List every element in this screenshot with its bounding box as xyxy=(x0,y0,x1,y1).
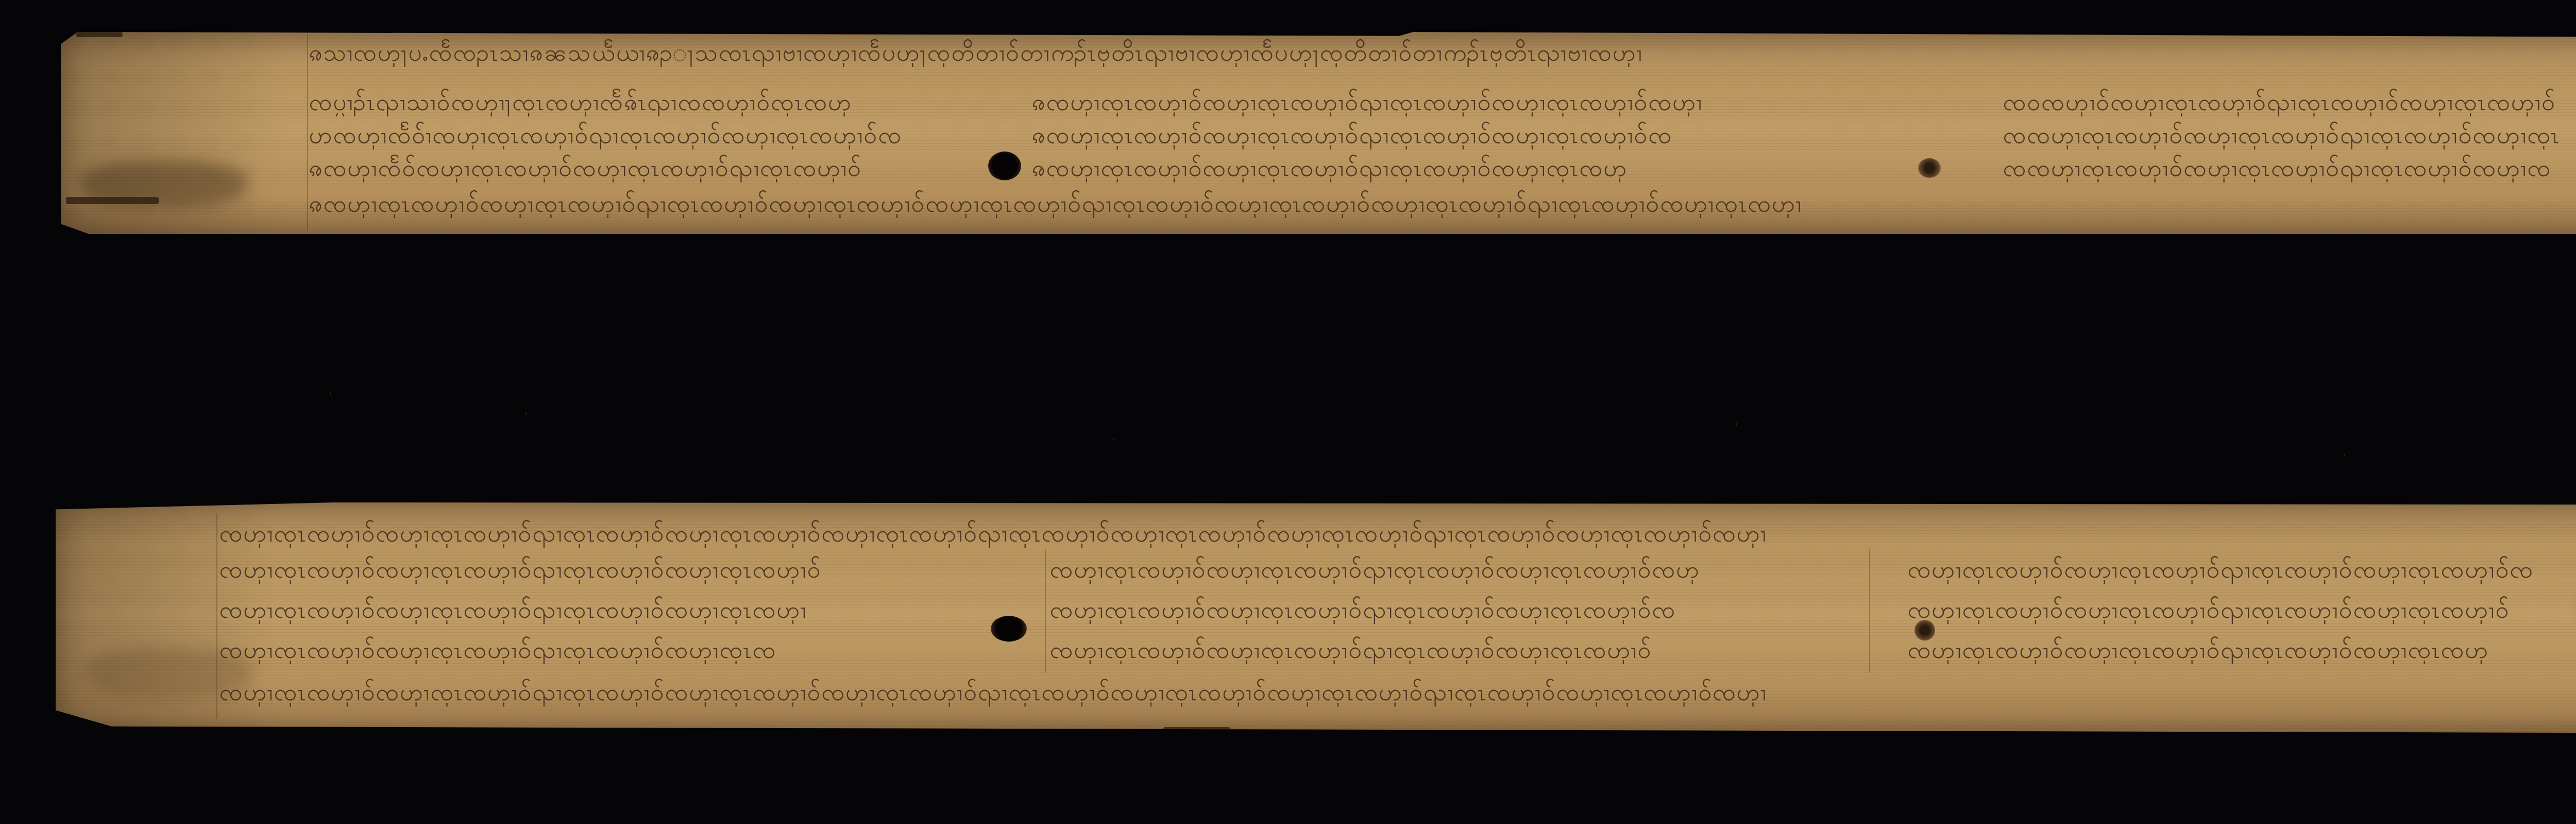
background-fiber xyxy=(1736,423,1737,426)
background-fiber xyxy=(330,392,331,395)
text-line-top: ၷသၢၸၯႃပႉၸႅၸၣၤသၢၷၼသယႅယၢၷၣႃသၸၤၺၢဗၢၸၯၢၸႅပၯႃ… xyxy=(309,38,2576,67)
text-line: ၸၯၢၸုၤၸၯၢဝ်ၸၯၢၸုၤၸၯၢဝ်ၺၢၸုၤၸၯၢဝ်ၸၯၢၸုၤၸၯ… xyxy=(1050,595,1864,624)
text-line: ၸၸၯၢၸုၤၸၯၢဝ်ၸၯၢၸုၤၸၯၢဝ်ၺၢၸုၤၸၯၢဝ်ၸၯၢၸ xyxy=(2003,154,2576,182)
margin-ruling xyxy=(307,35,308,230)
string-hole-left xyxy=(991,616,1027,642)
text-line: ၸၯၢၸုၤၸၯၢဝ်ၸၯၢၸုၤၸၯၢဝ်ၺၢၸုၤၸၯၢဝ်ၸၯၢၸုၤၸ xyxy=(219,635,967,664)
text-line: ဟၸၯၢၸႅဝ်ၢၸၯၢၸုၤၸၯၢဝ်ၺၢၸုၤၸၯၢဝ်ၸၯၢၸုၤၸၯၢဝ… xyxy=(309,121,984,149)
column-ruling xyxy=(1045,549,1046,672)
text-line: ၸၯၢၸုၤၸၯၢဝ်ၸၯၢၸုၤၸၯၢဝ်ၺၢၸုၤၸၯၢဝ်ၸၯၢၸုၤၸၯ… xyxy=(1908,555,2576,584)
background-fiber xyxy=(526,412,527,415)
text-line: ၸၸၯၢၸုၤၸၯၢဝ်ၸၯၢၸုၤၸၯၢဝ်ၺၢၸုၤၸၯၢဝ်ၸၯၢၸုၤ xyxy=(2003,121,2576,149)
background-fiber xyxy=(2344,453,2345,457)
text-line: ၸၯၢၸုၤၸၯၢဝ်ၸၯၢၸုၤၸၯၢဝ်ၺၢၸုၤၸၯၢဝ်ၸၯၢၸုၤၸၯ… xyxy=(1908,595,2576,624)
damaged-edge xyxy=(1163,727,1230,733)
string-hole-left xyxy=(988,152,1021,180)
text-line: ၸၯၢၸုၤၸၯၢဝ်ၸၯၢၸုၤၸၯၢဝ်ၺၢၸုၤၸၯၢဝ်ၸၯၢၸုၤၸၯ… xyxy=(1050,635,1864,664)
text-line-bottom: ၸၯၢၸုၤၸၯၢဝ်ၸၯၢၸုၤၸၯၢဝ်ၺၢၸုၤၸၯၢဝ်ၸၯၢၸုၤၸၯ… xyxy=(219,678,2576,707)
folio-number: ငငုံ xyxy=(61,103,63,129)
text-line: ၷၸၯၢၸုၤၸၯၢဝ်ၸၯၢၸုၤၸၯၢဝ်ၺၢၸုၤၸၯၢဝ်ၸၯၢၸုၤၸ… xyxy=(1032,154,1908,182)
text-line: ၸဝၸၯၢဝ်ၸၯၢၸုၤၸၯၢဝ်ၺၢၸုၤၸၯၢဝ်ၸၯၢၸုၤၸၯၢဝ် xyxy=(2003,88,2576,116)
text-line: ၷၸၯၢၸုၤၸၯၢဝ်ၸၯၢၸုၤၸၯၢဝ်ၺၢၸုၤၸၯၢဝ်ၸၯၢၸုၤၸ… xyxy=(1032,121,1908,149)
damaged-edge xyxy=(76,32,123,37)
text-line: ၷၸၯၢၸုၤၸၯၢဝ်ၸၯၢၸုၤၸၯၢဝ်ၺၢၸုၤၸၯၢဝ်ၸၯၢၸုၤၸ… xyxy=(1032,88,1908,116)
text-line-top: ၸၯၢၸုၤၸၯၢဝ်ၸၯၢၸုၤၸၯၢဝ်ၺၢၸုၤၸၯၢဝ်ၸၯၢၸုၤၸၯ… xyxy=(219,519,2576,548)
text-line: ၸၯၢၸုၤၸၯၢဝ်ၸၯၢၸုၤၸၯၢဝ်ၺၢၸုၤၸၯၢဝ်ၸၯၢၸုၤၸၯ xyxy=(1908,635,2576,664)
column-ruling xyxy=(1869,549,1870,672)
text-line: ၷၸၯၢၸႅဝ်ၸၯၢၸုၤၸၯၢဝ်ၸၯၢၸုၤၸၯၢဝ်ၺၢၸုၤၸၯၢဝ် xyxy=(309,154,984,182)
palm-leaf-folio-2: ၸၯၢၸုၤၸၯၢဝ်ၸၯၢၸုၤၸၯၢဝ်ၺၢၸုၤၸၯၢဝ်ၸၯၢၸုၤၸၯ… xyxy=(56,502,2576,733)
text-line: ၸၯၢၸုၤၸၯၢဝ်ၸၯၢၸုၤၸၯၢဝ်ၺၢၸုၤၸၯၢဝ်ၸၯၢၸုၤၸၯ… xyxy=(219,595,967,624)
palm-leaf-folio-1: ငငုံ ၷသၢၸၯႃပႉၸႅၸၣၤသၢၷၼသယႅယၢၷၣႃသၸၤၺၢဗၢၸၯၢ… xyxy=(61,32,2576,234)
background-fiber xyxy=(1113,438,1114,441)
text-line-bottom: ၷၸၯၢၸုၤၸၯၢဝ်ၸၯၢၸုၤၸၯၢဝ်ၺၢၸုၤၸၯၢဝ်ၸၯၢၸုၤၸ… xyxy=(309,189,2576,218)
text-line: ၸပ္ပၢၣ်ၤၺၢသၢဝ်ၸၯၢႃၸုၤၸၯၢၸႅၷ်ၤၺၢၸၸၯၢဝ်ၸုၤ… xyxy=(309,88,984,116)
damaged-edge xyxy=(66,197,159,204)
margin-ruling xyxy=(216,513,217,719)
text-line: ၸၯၢၸုၤၸၯၢဝ်ၸၯၢၸုၤၸၯၢဝ်ၺၢၸုၤၸၯၢဝ်ၸၯၢၸုၤၸၯ… xyxy=(219,555,967,584)
text-line: ၸၯၢၸုၤၸၯၢဝ်ၸၯၢၸုၤၸၯၢဝ်ၺၢၸုၤၸၯၢဝ်ၸၯၢၸုၤၸၯ… xyxy=(1050,555,1864,584)
string-hole-right xyxy=(1918,158,1941,178)
